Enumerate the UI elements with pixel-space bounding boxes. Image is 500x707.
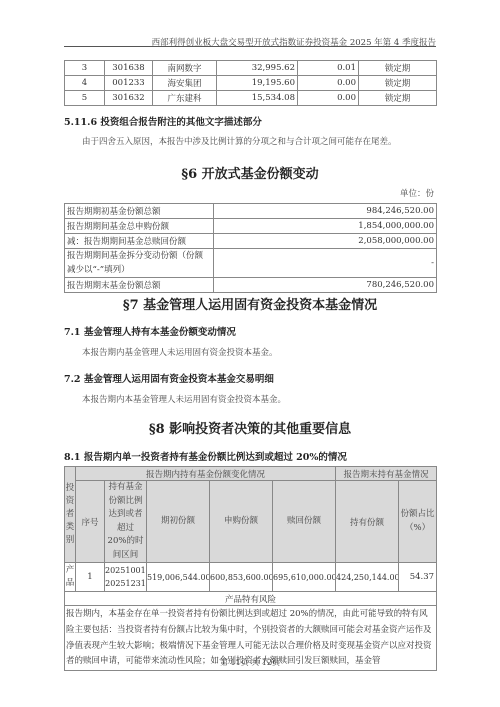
initial-shares: 519,006,544.00 <box>147 563 210 592</box>
table-row: 报告期期初基金份额总额 984,246,520.00 <box>65 204 437 219</box>
table-row: 5 301632 广东建科 15,534.08 0.00 锁定期 <box>65 91 437 106</box>
col-held-shares: 持有份额 <box>336 481 399 563</box>
table-row: 3 301638 南网数字 32,995.62 0.01 锁定期 <box>65 61 437 76</box>
share-changes-table: 报告期期初基金份额总额 984,246,520.00 报告期期间基金总申购份额 … <box>64 203 437 293</box>
stock-code: 301632 <box>105 91 153 106</box>
col-initial-shares: 期初份额 <box>147 481 210 563</box>
col-investor-type: 投资者类别 <box>65 467 76 563</box>
row-label: 报告期期间基金总申购份额 <box>65 219 214 234</box>
restriction-type: 锁定期 <box>359 91 437 106</box>
restricted-holdings-table: 3 301638 南网数字 32,995.62 0.01 锁定期 4 00123… <box>64 60 437 106</box>
fair-value: 19,195.60 <box>217 76 298 91</box>
stock-name: 广东建科 <box>153 91 217 106</box>
table-row: 产品 1 20251001-20251231 519,006,544.00 60… <box>65 563 437 592</box>
restriction-type: 锁定期 <box>359 61 437 76</box>
col-period: 持有基金份额比例达到或者超过 20%的时间区间 <box>105 481 147 563</box>
row-value: - <box>214 249 437 278</box>
page-number: 第 11页 共 12页 <box>64 657 436 668</box>
stock-code: 301638 <box>105 61 153 76</box>
section-7-title: §7 基金管理人运用固有资金投资本基金情况 <box>64 294 436 313</box>
nav-ratio: 0.00 <box>298 91 359 106</box>
col-subscribe-shares: 申购份额 <box>210 481 273 563</box>
unit-label: 单位：份 <box>64 187 434 199</box>
stock-name: 海安集团 <box>153 76 217 91</box>
row-label: 减：报告期期间基金总赎回份额 <box>65 234 214 249</box>
row-label: 报告期期初基金份额总额 <box>65 204 214 219</box>
redeem-shares: 695,610,000.00 <box>273 563 336 592</box>
row-value: 2,058,000,000.00 <box>214 234 437 249</box>
row-label: 报告期期间基金拆分变动份额（份额减少以“-”填列） <box>65 249 214 278</box>
stock-name: 南网数字 <box>153 61 217 76</box>
col-share-ratio: 份额占比（%） <box>399 481 437 563</box>
restriction-type: 锁定期 <box>359 76 437 91</box>
header-divider <box>64 46 436 47</box>
section-7-1-text: 本报告期内基金管理人未运用固有资金投资本基金。 <box>82 346 278 358</box>
section-5-11-6-text: 由于四舍五入原因，本报告中涉及比例计算的分项之和与合计项之间可能存在尾差。 <box>82 135 397 147</box>
risk-title: 产品特有风险 <box>65 592 437 606</box>
stock-code: 001233 <box>105 76 153 91</box>
row-value: 780,246,520.00 <box>214 278 437 293</box>
col-redeem-shares: 赎回份额 <box>273 481 336 563</box>
table-row: 报告期期间基金总申购份额 1,854,000,000.00 <box>65 219 437 234</box>
section-7-2-heading: 7.2 基金管理人运用固有资金投资本基金交易明细 <box>64 371 274 385</box>
row-number: 1 <box>76 563 105 592</box>
row-value: 1,854,000,000.00 <box>214 219 437 234</box>
row-number: 5 <box>65 91 105 106</box>
section-7-2-text: 本报告期内本基金管理人未运用固有资金投资本基金。 <box>82 393 286 405</box>
nav-ratio: 0.01 <box>298 61 359 76</box>
fair-value: 32,995.62 <box>217 61 298 76</box>
investor-type: 产品 <box>65 563 76 592</box>
table-row: 减：报告期期间基金总赎回份额 2,058,000,000.00 <box>65 234 437 249</box>
row-value: 984,246,520.00 <box>214 204 437 219</box>
col-no: 序号 <box>76 481 105 563</box>
section-5-11-6-heading: 5.11.6 投资组合报告附注的其他文字描述部分 <box>64 114 262 128</box>
section-8-1-heading: 8.1 报告期内单一投资者持有基金份额比例达到或超过 20%的情况 <box>64 449 347 463</box>
row-number: 4 <box>65 76 105 91</box>
holding-period: 20251001-20251231 <box>105 563 147 592</box>
row-number: 3 <box>65 61 105 76</box>
table-row: 4 001233 海安集团 19,195.60 0.00 锁定期 <box>65 76 437 91</box>
group-header-period-end: 报告期末持有基金情况 <box>336 467 437 481</box>
group-header-during-period: 报告期内持有基金份额变化情况 <box>76 467 336 481</box>
section-8-title: §8 影响投资者决策的其他重要信息 <box>64 418 436 437</box>
large-holder-table: 投资者类别 报告期内持有基金份额变化情况 报告期末持有基金情况 序号 持有基金份… <box>64 466 437 671</box>
section-7-1-heading: 7.1 基金管理人持有本基金份额变动情况 <box>64 324 236 338</box>
nav-ratio: 0.00 <box>298 76 359 91</box>
share-ratio: 54.37 <box>399 563 437 592</box>
fair-value: 15,534.08 <box>217 91 298 106</box>
row-label: 报告期期末基金份额总额 <box>65 278 214 293</box>
held-shares: 424,250,144.00 <box>336 563 399 592</box>
table-row: 报告期期末基金份额总额 780,246,520.00 <box>65 278 437 293</box>
section-6-title: §6 开放式基金份额变动 <box>64 163 436 182</box>
table-row: 报告期期间基金拆分变动份额（份额减少以“-”填列） - <box>65 249 437 278</box>
subscribe-shares: 600,853,600.00 <box>210 563 273 592</box>
